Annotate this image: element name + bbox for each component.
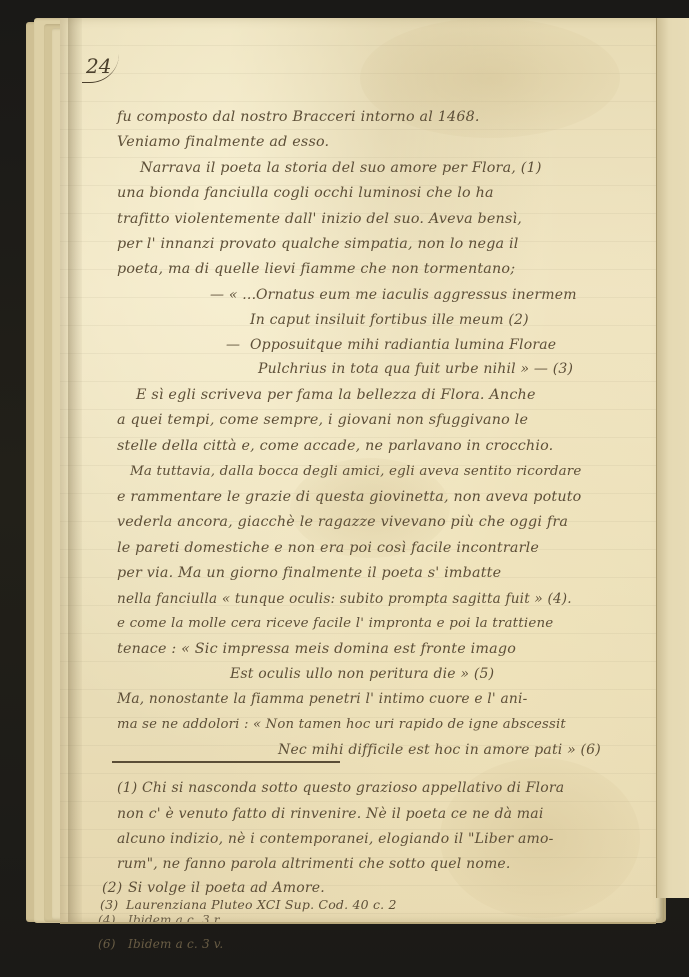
text-line: poeta, ma di quelle lievi fiamme che non… bbox=[117, 261, 515, 277]
footnote-line: Chi si nasconda sotto questo grazioso ap… bbox=[142, 780, 564, 796]
text-line: Ma, nonostante la fiamma penetri l' inti… bbox=[117, 691, 527, 707]
footnote-line: Laurenziana Pluteo XCI Sup. Cod. 40 c. 2 bbox=[126, 897, 397, 912]
verse-prefix: — « ... bbox=[210, 287, 256, 303]
verse-line: In caput insiluit fortibus ille meum (2) bbox=[250, 312, 529, 328]
verse-line: Est oculis ullo non peritura die » (5) bbox=[230, 666, 494, 682]
text-line: Narrava il poeta la storia del suo amore… bbox=[140, 160, 542, 176]
footnote-separator bbox=[112, 761, 340, 763]
verse-prefix: — bbox=[226, 337, 240, 353]
folio-number: 24 bbox=[82, 54, 119, 83]
footnote-marker: (4) bbox=[98, 913, 116, 924]
footnote-marker: (3) bbox=[100, 897, 118, 912]
footnote-marker: (6) bbox=[98, 937, 116, 951]
text-line: e come la molle cera riceve facile l' im… bbox=[117, 616, 553, 631]
text-line: per l' innanzi provato qualche simpatia,… bbox=[117, 236, 519, 252]
text-line: a quei tempi, come sempre, i giovani non… bbox=[117, 412, 528, 428]
manuscript-page: 24 fu composto dal nostro Bracceri intor… bbox=[60, 18, 656, 924]
text-line: nella fanciulla « tunque oculis: subito … bbox=[117, 591, 572, 607]
footnote-marker: (2) bbox=[102, 880, 122, 896]
facing-page-edge bbox=[656, 18, 689, 898]
binding-gutter bbox=[68, 18, 82, 922]
verse-line: Opposuitque mihi radiantia lumina Florae bbox=[250, 337, 556, 353]
text-line: stelle della città e, come accade, ne pa… bbox=[117, 438, 553, 454]
text-line: vederla ancora, giacchè le ragazze vivev… bbox=[117, 514, 568, 530]
text-line: trafitto violentemente dall' inizio del … bbox=[117, 211, 522, 227]
text-line: per via. Ma un giorno finalmente il poet… bbox=[117, 565, 501, 581]
footnote-line: Si volge il poeta ad Amore. bbox=[128, 880, 325, 896]
text-line: una bionda fanciulla cogli occhi luminos… bbox=[117, 185, 494, 201]
text-line: Veniamo finalmente ad esso. bbox=[117, 134, 329, 150]
verse-line: Pulchrius in tota qua fuit urbe nihil » … bbox=[258, 361, 573, 377]
text-line: fu composto dal nostro Bracceri intorno … bbox=[117, 109, 480, 125]
footnote-line: Ibidem a c. 3 r. bbox=[128, 913, 222, 924]
footnote-line: alcuno indizio, nè i contemporanei, elog… bbox=[117, 831, 554, 847]
footnote-line: Ibidem a c. 3 v. bbox=[128, 937, 223, 951]
text-line: E sì egli scriveva per fama la bellezza … bbox=[136, 387, 536, 403]
text-line: e rammentare le grazie di questa giovine… bbox=[117, 489, 582, 505]
footnote-line: non c' è venuto fatto di rinvenire. Nè i… bbox=[117, 806, 544, 822]
text-line: Ma tuttavia, dalla bocca degli amici, eg… bbox=[130, 464, 582, 479]
text-line: le pareti domestiche e non era poi così … bbox=[117, 540, 539, 556]
verse-line: Nec mihi difficile est hoc in amore pati… bbox=[278, 742, 601, 758]
text-line: ma se ne addolori : « Non tamen hoc uri … bbox=[117, 717, 566, 732]
footnote-line: rum", ne fanno parola altrimenti che sot… bbox=[117, 856, 511, 872]
footnote-marker: (1) bbox=[117, 780, 137, 796]
text-line: tenace : « Sic impressa meis domina est … bbox=[117, 641, 516, 657]
verse-line: Ornatus eum me iaculis aggressus inermem bbox=[256, 287, 577, 303]
